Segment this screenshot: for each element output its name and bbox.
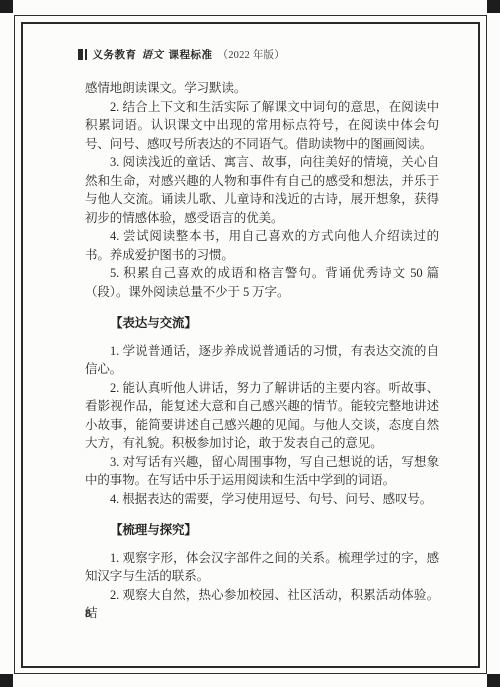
paragraph: 2. 观察大自然，热心参加校园、社区活动，积累活动体验。结 bbox=[85, 586, 439, 623]
paragraph: 1. 学说普通话，逐步养成说普通话的习惯，有表达交流的自信心。 bbox=[85, 342, 439, 379]
corner-mark-top-right bbox=[487, 0, 500, 13]
header-subject-label: 语文 bbox=[142, 47, 164, 62]
corner-mark-bottom-right bbox=[487, 674, 500, 687]
corner-mark-bottom-left bbox=[0, 674, 13, 687]
header-bars-icon bbox=[78, 49, 87, 60]
corner-mark-top-left bbox=[0, 0, 13, 13]
header-doc-type-label: 课程标准 bbox=[169, 47, 213, 62]
paragraph: 3. 对写话有兴趣，留心周围事物，写自己想说的话，写想象中的事物。在写话中乐于运… bbox=[85, 453, 439, 490]
book-page: 义务教育 语文 课程标准 （2022 年版） 感情地朗读课文。学习默读。 2. … bbox=[0, 0, 500, 687]
paragraph: 2. 能认真听他人讲话，努力了解讲话的主要内容。听故事、看影视作品，能复述大意和… bbox=[85, 379, 439, 453]
paragraph: 2. 结合上下文和生活实际了解课文中词句的意思，在阅读中积累词语。认识课文中出现… bbox=[85, 98, 439, 154]
header-edition-label: （2022 年版） bbox=[218, 47, 285, 62]
paragraph: 5. 积累自己喜欢的成语和格言警句。背诵优秀诗文 50 篇（段）。课外阅读总量不… bbox=[85, 264, 439, 301]
page-number: 8 bbox=[85, 606, 91, 621]
paragraph: 1. 观察字形，体会汉字部件之间的关系。梳理学过的字，感知汉字与生活的联系。 bbox=[85, 549, 439, 586]
paragraph: 3. 阅读浅近的童话、寓言、故事，向往美好的情境，关心自然和生命，对感兴趣的人物… bbox=[85, 153, 439, 227]
document-body: 感情地朗读课文。学习默读。 2. 结合上下文和生活实际了解课文中词句的意思，在阅… bbox=[85, 79, 439, 623]
paragraph-continuation: 感情地朗读课文。学习默读。 bbox=[85, 79, 439, 98]
section-heading-expression-communication: 【表达与交流】 bbox=[85, 314, 439, 333]
header-series-label: 义务教育 bbox=[93, 47, 137, 62]
paragraph: 4. 根据表达的需要，学习使用逗号、句号、问号、感叹号。 bbox=[85, 490, 439, 509]
paragraph: 4. 尝试阅读整本书，用自己喜欢的方式向他人介绍读过的书。养成爱护图书的习惯。 bbox=[85, 227, 439, 264]
running-header: 义务教育 语文 课程标准 （2022 年版） bbox=[78, 47, 285, 62]
section-heading-organize-explore: 【梳理与探究】 bbox=[85, 521, 439, 540]
